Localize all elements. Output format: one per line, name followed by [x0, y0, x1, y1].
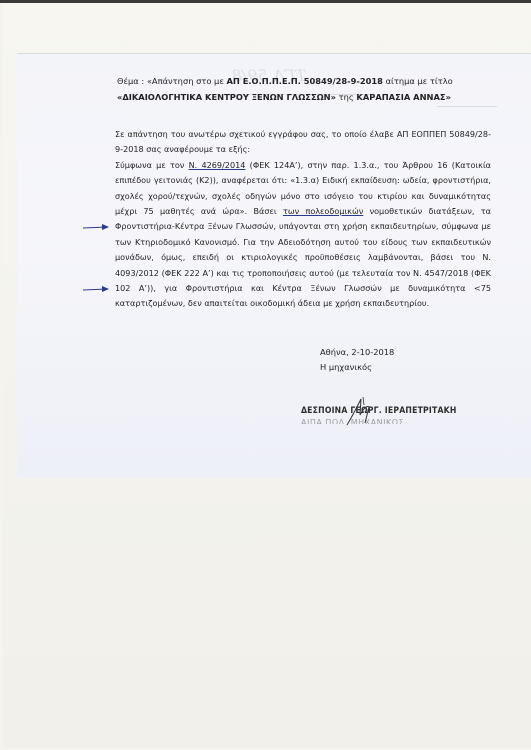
- name-stamp: ΔΕΣΠΟΙΝΑ ΓΕΩΡΓ. ΙΕΡΑΠΕΤΡΙΤΑΚΗ: [301, 406, 457, 416]
- subject-title: «ΔΙΚΑΙΟΛΟΓΗΤΙΚΑ ΚΕΝΤΡΟΥ ΞΕΝΩΝ ΓΛΩΣΣΩΝ»: [117, 92, 336, 102]
- hand-drawn-arrow-icon: [83, 285, 111, 293]
- subject-applicant: ΚΑΡΑΠΑΣΙΑ ΑΝΝΑΣ»: [356, 92, 451, 102]
- place-date: Αθήνα, 2-10-2018: [320, 345, 394, 360]
- subject-middle: αίτημα με τίτλο: [383, 76, 453, 86]
- signature-icon: [345, 395, 375, 427]
- underlined-phrase: των πολεοδομικών: [283, 206, 363, 216]
- letter-body: Σε απάντηση του ανωτέρω σχετικού εγγράφο…: [115, 127, 491, 312]
- text-run: νομοθετικών διατάξεων, τα Φροντιστήρια-Κ…: [115, 206, 491, 308]
- signatory-role: Η μηχανικός: [320, 360, 394, 375]
- law-reference-underlined: Ν. 4269/2014: [189, 160, 246, 170]
- text-run: Σύμφωνα με τον: [115, 160, 189, 170]
- subject-line: Θέμα : «Απάντηση στο με ΑΠ Ε.Ο.Π.Π.Ε.Π. …: [117, 73, 507, 105]
- hand-drawn-arrow-icon: [83, 223, 111, 231]
- paragraph-main: Σύμφωνα με τον Ν. 4269/2014 (ΦΕΚ 124Α’),…: [115, 158, 491, 312]
- bleed-through-mark: [437, 106, 497, 107]
- subject-prefix: Θέμα : «Απάντηση στο με: [117, 76, 226, 86]
- paragraph-intro: Σε απάντηση του ανωτέρω σχετικού εγγράφο…: [115, 127, 491, 158]
- subject-of: της: [336, 92, 356, 102]
- closing-block: Αθήνα, 2-10-2018 Η μηχανικός: [320, 345, 394, 375]
- subject-reference: ΑΠ Ε.Ο.Π.Π.Ε.Π. 50849/28-9-2018: [226, 76, 382, 86]
